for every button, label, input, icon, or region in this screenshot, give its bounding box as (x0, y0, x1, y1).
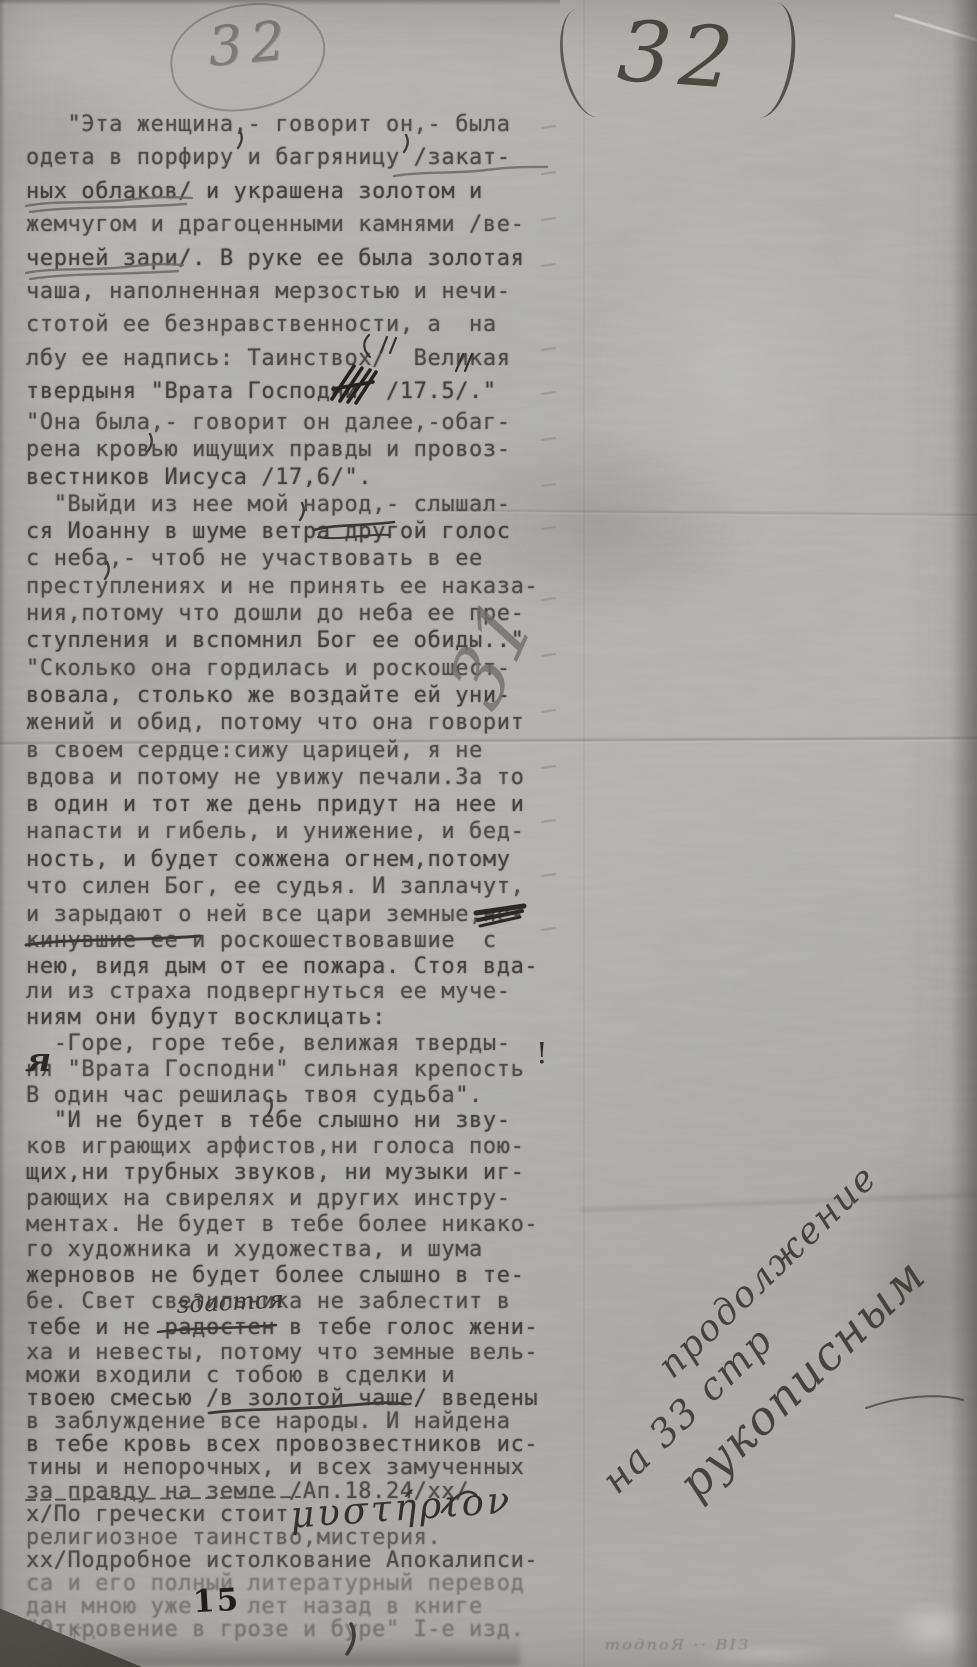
typed-line: "И не будет в тебе слышно ни зву- (26, 1108, 538, 1134)
typed-line: жемчугом и драгоценными камнями /ве- (26, 208, 524, 241)
typed-text-block-1: "Эта женщина,- говорит он,- былаодета в … (26, 108, 524, 409)
typed-line: щих,ни трубных звуков, ни музыки иг- (26, 1160, 538, 1186)
scan-edge-right (951, 0, 977, 1667)
typed-line: в один и тот же день придут на нее и (26, 791, 538, 818)
typed-line: ли из страха подвергнуться ее муче- (26, 979, 538, 1005)
typed-line: рена кровью ищущих правды и провоз- (26, 436, 538, 463)
typed-line: с неба,- чтоб не участвовать в ее (26, 545, 538, 572)
typed-text-block-3: и зарыдают о ней все цари земные,не-кину… (26, 902, 538, 1341)
page-number-parenthesized: 32 (556, 0, 800, 124)
typed-line: ха и невесты, потому что земные вель- (26, 1341, 538, 1364)
typed-line: религиозное таинство,мистерия. (26, 1526, 538, 1549)
typed-line: вдова и потому не увижу печали.За то (26, 764, 538, 791)
margin-dashes (542, 126, 555, 930)
inserted-number-15: 15 (192, 1582, 241, 1620)
typed-line: ня "Врата Господни" сильная крепость (26, 1057, 538, 1083)
typed-line: ность, и будет сожжена огнем,потому (26, 846, 538, 873)
scan-edge-left (0, 0, 5, 1667)
typed-line: и зарыдают о ней все цари земные,не- (26, 902, 538, 928)
typed-line: в заблуждение все народы. И найдена (26, 1410, 538, 1433)
handwritten-exclamation: ! (536, 1036, 548, 1070)
typed-line: преступлениях и не принять ее наказа- (26, 573, 538, 600)
typed-line: что силен Бог, ее судья. И заплачут, (26, 873, 538, 900)
typed-line: са и его полный литературный перевод (26, 1572, 538, 1595)
typed-line: хх/Подробное истолкование Апокалипси- (26, 1549, 538, 1572)
typed-line: ментах. Не будет в тебе более никако- (26, 1212, 538, 1238)
typed-line: одета в порфиру и багряницу /закат- (26, 141, 524, 174)
typed-line: В один час решилась твоя судьба". (26, 1083, 538, 1109)
typed-line: кинувшие ее и роскошествовавшие с (26, 928, 538, 954)
typed-line: -Горе, горе тебе, велижая тверды- (26, 1031, 538, 1057)
pen-flourish (866, 1396, 963, 1408)
typed-line: ся Иоанну в шуме ветра другой голос (26, 518, 538, 545)
typed-line: стотой ее безнравственности, а на (26, 308, 524, 341)
typed-line: го художника и художества, и шума (26, 1237, 538, 1263)
page-number-circled: 32 (170, 4, 328, 114)
page-number-value: 32 (205, 8, 295, 78)
bottom-smudge (80, 1638, 520, 1666)
typed-line: черней зари/. В руке ее была золотая (26, 242, 524, 275)
typed-line: нею, видя дым от ее пожара. Стоя вда- (26, 954, 538, 980)
paper-light-patch (590, 160, 870, 580)
typed-line: тебе и не радостен в тебе голос жени- (26, 1315, 538, 1341)
typed-line: в тебе кровь всех провозвестников ис- (26, 1433, 538, 1456)
typed-line: "Выйди из нее мой народ,- слышал- (26, 491, 538, 518)
diagonal-handwritten-note: продолжение на 33 стр рукописным (640, 1144, 965, 1464)
page-number-value: 32 (615, 2, 744, 108)
typed-line: вестников Иисуса /17,6/". (26, 464, 538, 491)
paren-right (733, 0, 803, 121)
correction-word: здастся (175, 1285, 284, 1319)
typed-line: ниям они будут восклицать: (26, 1005, 538, 1031)
stamp-bleedthrough: тодпоЯ ·· ВІЗ (605, 1637, 751, 1654)
scan-line (583, 0, 585, 1667)
margin-letter-ya: я (25, 1040, 51, 1079)
typed-line: чаша, наполненная мерзостью и нечи- (26, 275, 524, 308)
typed-line: напасти и гибель, и унижение, и бед- (26, 818, 538, 845)
typed-line: лбу ее надпись: Таинствох/ Великая (26, 342, 524, 375)
typed-line: твоею смесью /в золотой чаше/ введены (26, 1387, 538, 1410)
scan-edge-top (0, 0, 560, 5)
typed-line: дан мною уже лет назад в книге (26, 1595, 538, 1618)
typed-line: твердыня "Врата Господни /17.5/." (26, 375, 524, 408)
typed-line: ных облаков/ и украшена золотом и (26, 175, 524, 208)
typed-line: тины и непорочных, и всех замученных (26, 1456, 538, 1479)
typed-line: "Она была,- говорит он далее,-обаг- (26, 409, 538, 436)
typed-line: можи входили с тобою в сделки и (26, 1364, 538, 1387)
typed-line: в своем сердце:сижу царицей, я не (26, 737, 538, 764)
scanned-typescript-page: "Эта женщина,- говорит он,- былаодета в … (0, 0, 977, 1667)
typed-line: ков играющих арфистов,ни голоса пою- (26, 1134, 538, 1160)
typed-line: рающих на свирелях и других инстру- (26, 1186, 538, 1212)
paren-left (551, 4, 624, 122)
typed-line: жений и обид, потому что она говорит (26, 709, 538, 736)
